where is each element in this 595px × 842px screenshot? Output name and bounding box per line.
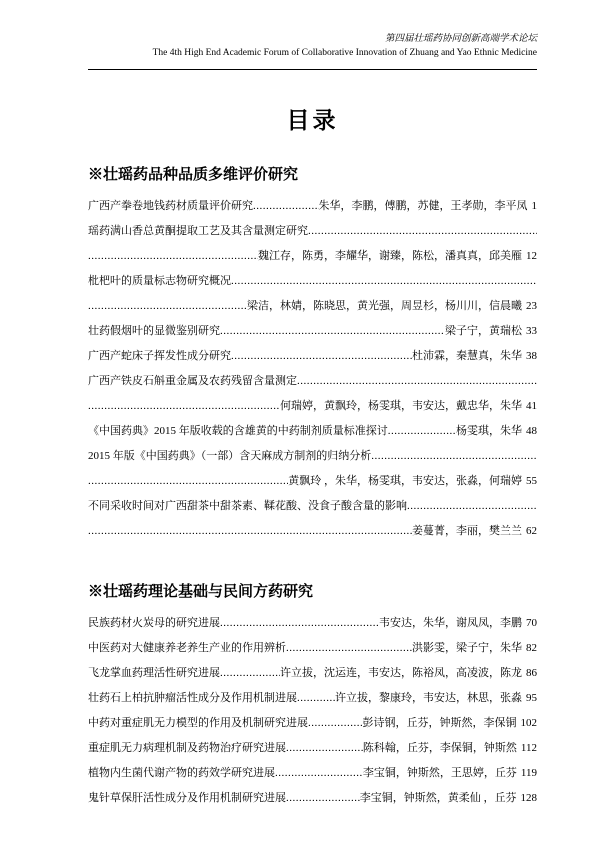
dot-leader: [297, 686, 335, 711]
toc-entry-page: 112: [521, 736, 537, 761]
dot-leader: [297, 369, 537, 394]
dot-leader: [220, 661, 280, 686]
toc-entry-authors: 韦安达，朱华，谢凤凤，李鹏: [379, 611, 522, 636]
dot-leader: [275, 761, 363, 786]
toc-entry-authors: 魏江存，陈勇，李耀华，谢臻，陈松，潘真真，邱美雁: [258, 244, 522, 269]
dot-leader: [88, 394, 280, 419]
toc-entry: 中药对重症肌无力模型的作用及机制研究进展彭诗钢，丘芬，钟斯然，李保铜102: [88, 711, 537, 736]
forum-title-zh: 第四届壮瑶药协同创新高端学术论坛: [88, 32, 537, 46]
toc-entry-authors: 彭诗钢，丘芬，钟斯然，李保铜: [363, 711, 517, 736]
section-heading: ※壮瑶药理论基础与民间方药研究: [88, 580, 537, 601]
toc-entry-authors-line: 黄飘玲 ，朱华，杨雯琪，韦安达，张淼，何瑞婷55: [88, 469, 537, 494]
toc-entry-page: 82: [526, 636, 537, 661]
toc-entry-authors: 陈科翰，丘芬，李保铜，钟斯然: [363, 736, 517, 761]
toc-entry-page: 55: [526, 469, 537, 494]
dot-leader: [308, 219, 537, 244]
toc-entry-title: 飞龙掌血药理活性研究进展: [88, 661, 220, 686]
toc-entry-page: 62: [526, 519, 537, 544]
toc-entry-page: 1: [532, 194, 538, 219]
toc-entry-title: 民族药材火炭母的研究进展: [88, 611, 220, 636]
dot-leader: [308, 711, 363, 736]
toc-entry: 飞龙掌血药理活性研究进展许立拔，沈运连，韦安达，陈裕凤，高凌波，陈龙86: [88, 661, 537, 686]
dot-leader: [286, 786, 360, 811]
toc-entry-page: 33: [526, 319, 537, 344]
toc-entry-title-line: 不同采收时间对广西甜茶中甜茶素、鞣花酸、没食子酸含量的影响: [88, 494, 537, 519]
toc-entry-authors: 姜蔓菁，李丽，樊兰兰: [412, 519, 522, 544]
toc-entry-authors-line: 魏江存，陈勇，李耀华，谢臻，陈松，潘真真，邱美雁12: [88, 244, 537, 269]
header-rule: [88, 69, 537, 70]
toc-entry-title: 不同采收时间对广西甜茶中甜茶素、鞣花酸、没食子酸含量的影响: [88, 494, 407, 519]
toc-entry-authors: 何瑞婷，黄飘玲，杨雯琪，韦安达，戴忠华，朱华: [280, 394, 522, 419]
toc-entry-title: 广西产蛇床子挥发性成分研究: [88, 344, 231, 369]
dot-leader: [253, 194, 319, 219]
table-of-contents: ※壮瑶药品种品质多维评价研究广西产拳卷地钱药材质量评价研究朱华，李鹏，傅鹏，苏健…: [88, 163, 537, 811]
toc-entry-authors: 许立拔，沈运连，韦安达，陈裕凤，高凌波，陈龙: [280, 661, 522, 686]
toc-entry-authors-line: 何瑞婷，黄飘玲，杨雯琪，韦安达，戴忠华，朱华41: [88, 394, 537, 419]
toc-entry-title: 植物内生菌代谢产物的药效学研究进展: [88, 761, 275, 786]
toc-entry-page: 102: [521, 711, 538, 736]
dot-leader: [407, 494, 537, 519]
dot-leader: [220, 319, 445, 344]
section-heading: ※壮瑶药品种品质多维评价研究: [88, 163, 537, 184]
toc-entry-title-line: 广西产铁皮石斛重金属及农药残留含量测定: [88, 369, 537, 394]
forum-title-en: The 4th High End Academic Forum of Colla…: [88, 46, 537, 60]
toc-entry-title: 中医药对大健康养老养生产业的作用辨析: [88, 636, 286, 661]
dot-leader: [371, 444, 537, 469]
toc-entry-page: 48: [526, 419, 537, 444]
toc-entry-page: 38: [526, 344, 537, 369]
dot-leader: [286, 736, 363, 761]
toc-entry-authors: 梁洁，林婧，陈晓思，黄光强，周昱杉，杨川川，信晨曦: [247, 294, 522, 319]
toc-entry: 壮药石上柏抗肿瘤活性成分及作用机制进展许立拔，黎康玲，韦安达，林思，张淼95: [88, 686, 537, 711]
toc-entry: 民族药材火炭母的研究进展韦安达，朱华，谢凤凤，李鹏70: [88, 611, 537, 636]
toc-entry-title-line: 瑶药满山香总黄酮提取工艺及其含量测定研究: [88, 219, 537, 244]
toc-section: ※壮瑶药理论基础与民间方药研究民族药材火炭母的研究进展韦安达，朱华，谢凤凤，李鹏…: [88, 580, 537, 811]
toc-entry-authors-line: 梁洁，林婧，陈晓思，黄光强，周昱杉，杨川川，信晨曦23: [88, 294, 537, 319]
toc-entry: 重症肌无力病理机制及药物治疗研究进展陈科翰，丘芬，李保铜，钟斯然112: [88, 736, 537, 761]
toc-entry: 广西产拳卷地钱药材质量评价研究朱华，李鹏，傅鹏，苏健，王孝勋，李平凤1: [88, 194, 537, 219]
dot-leader: [88, 244, 258, 269]
toc-entry-title: 广西产铁皮石斛重金属及农药残留含量测定: [88, 369, 297, 394]
toc-entry-title: 《中国药典》2015 年版收载的含雄黄的中药制剂质量标准探讨: [88, 419, 388, 444]
toc-entry-authors: 梁子宁，黄瑞松: [445, 319, 522, 344]
dot-leader: [388, 419, 456, 444]
toc-entry-title: 广西产拳卷地钱药材质量评价研究: [88, 194, 253, 219]
page-title: 目录: [88, 102, 537, 135]
toc-entry: 壮药假烟叶的显微鉴别研究梁子宁，黄瑞松33: [88, 319, 537, 344]
toc-entry-title: 壮药石上柏抗肿瘤活性成分及作用机制进展: [88, 686, 297, 711]
toc-entry-page: 70: [526, 611, 537, 636]
dot-leader: [231, 344, 412, 369]
toc-entry-title: 重症肌无力病理机制及药物治疗研究进展: [88, 736, 286, 761]
toc-entry-page: 23: [526, 294, 537, 319]
toc-entry-page: 86: [526, 661, 537, 686]
toc-entry-title: 枇杷叶的质量标志物研究概况: [88, 269, 231, 294]
toc-entry-authors: 李宝铜，钟斯然，黄柔仙 ，丘芬: [360, 786, 517, 811]
dot-leader: [88, 294, 247, 319]
toc-entry-authors: 许立拔，黎康玲，韦安达，林思，张淼: [335, 686, 522, 711]
toc-entry-title: 中药对重症肌无力模型的作用及机制研究进展: [88, 711, 308, 736]
toc-entry-authors: 黄飘玲 ，朱华，杨雯琪，韦安达，张淼，何瑞婷: [288, 469, 522, 494]
toc-entry: 鬼针草保肝活性成分及作用机制研究进展李宝铜，钟斯然，黄柔仙 ，丘芬128: [88, 786, 537, 811]
dot-leader: [88, 469, 288, 494]
toc-entry: 广西产蛇床子挥发性成分研究杜沛霖，秦慧真，朱华38: [88, 344, 537, 369]
dot-leader: [220, 611, 379, 636]
toc-entry-authors: 杨雯琪，朱华: [456, 419, 522, 444]
toc-entry-page: 128: [521, 786, 538, 811]
toc-entry-authors: 洪影雯，梁子宁，朱华: [412, 636, 522, 661]
toc-entry-authors: 杜沛霖，秦慧真，朱华: [412, 344, 522, 369]
toc-section: ※壮瑶药品种品质多维评价研究广西产拳卷地钱药材质量评价研究朱华，李鹏，傅鹏，苏健…: [88, 163, 537, 544]
toc-entry-title-line: 枇杷叶的质量标志物研究概况: [88, 269, 537, 294]
toc-entry: 植物内生菌代谢产物的药效学研究进展李宝铜，钟斯然，王思婷，丘芬119: [88, 761, 537, 786]
toc-entry-page: 119: [521, 761, 537, 786]
toc-entry: 中医药对大健康养老养生产业的作用辨析洪影雯，梁子宁，朱华82: [88, 636, 537, 661]
toc-entry-title-line: 2015 年版《中国药典》（一部）含天麻成方制剂的归纳分析: [88, 444, 537, 469]
toc-entry-page: 95: [526, 686, 537, 711]
toc-entry-title: 鬼针草保肝活性成分及作用机制研究进展: [88, 786, 286, 811]
toc-entry: 《中国药典》2015 年版收载的含雄黄的中药制剂质量标准探讨杨雯琪，朱华48: [88, 419, 537, 444]
dot-leader: [88, 519, 412, 544]
toc-entry-title: 瑶药满山香总黄酮提取工艺及其含量测定研究: [88, 219, 308, 244]
toc-entry-authors: 朱华，李鹏，傅鹏，苏健，王孝勋，李平凤: [319, 194, 528, 219]
dot-leader: [231, 269, 537, 294]
toc-entry-authors-line: 姜蔓菁，李丽，樊兰兰62: [88, 519, 537, 544]
dot-leader: [286, 636, 412, 661]
toc-entry-page: 41: [526, 394, 537, 419]
document-page: 第四届壮瑶药协同创新高端学术论坛 The 4th High End Academ…: [0, 0, 595, 842]
toc-entry-title: 壮药假烟叶的显微鉴别研究: [88, 319, 220, 344]
toc-entry-authors: 李宝铜，钟斯然，王思婷，丘芬: [363, 761, 517, 786]
page-header: 第四届壮瑶药协同创新高端学术论坛 The 4th High End Academ…: [88, 32, 537, 70]
toc-entry-title: 2015 年版《中国药典》（一部）含天麻成方制剂的归纳分析: [88, 444, 371, 469]
toc-entry-page: 12: [526, 244, 537, 269]
